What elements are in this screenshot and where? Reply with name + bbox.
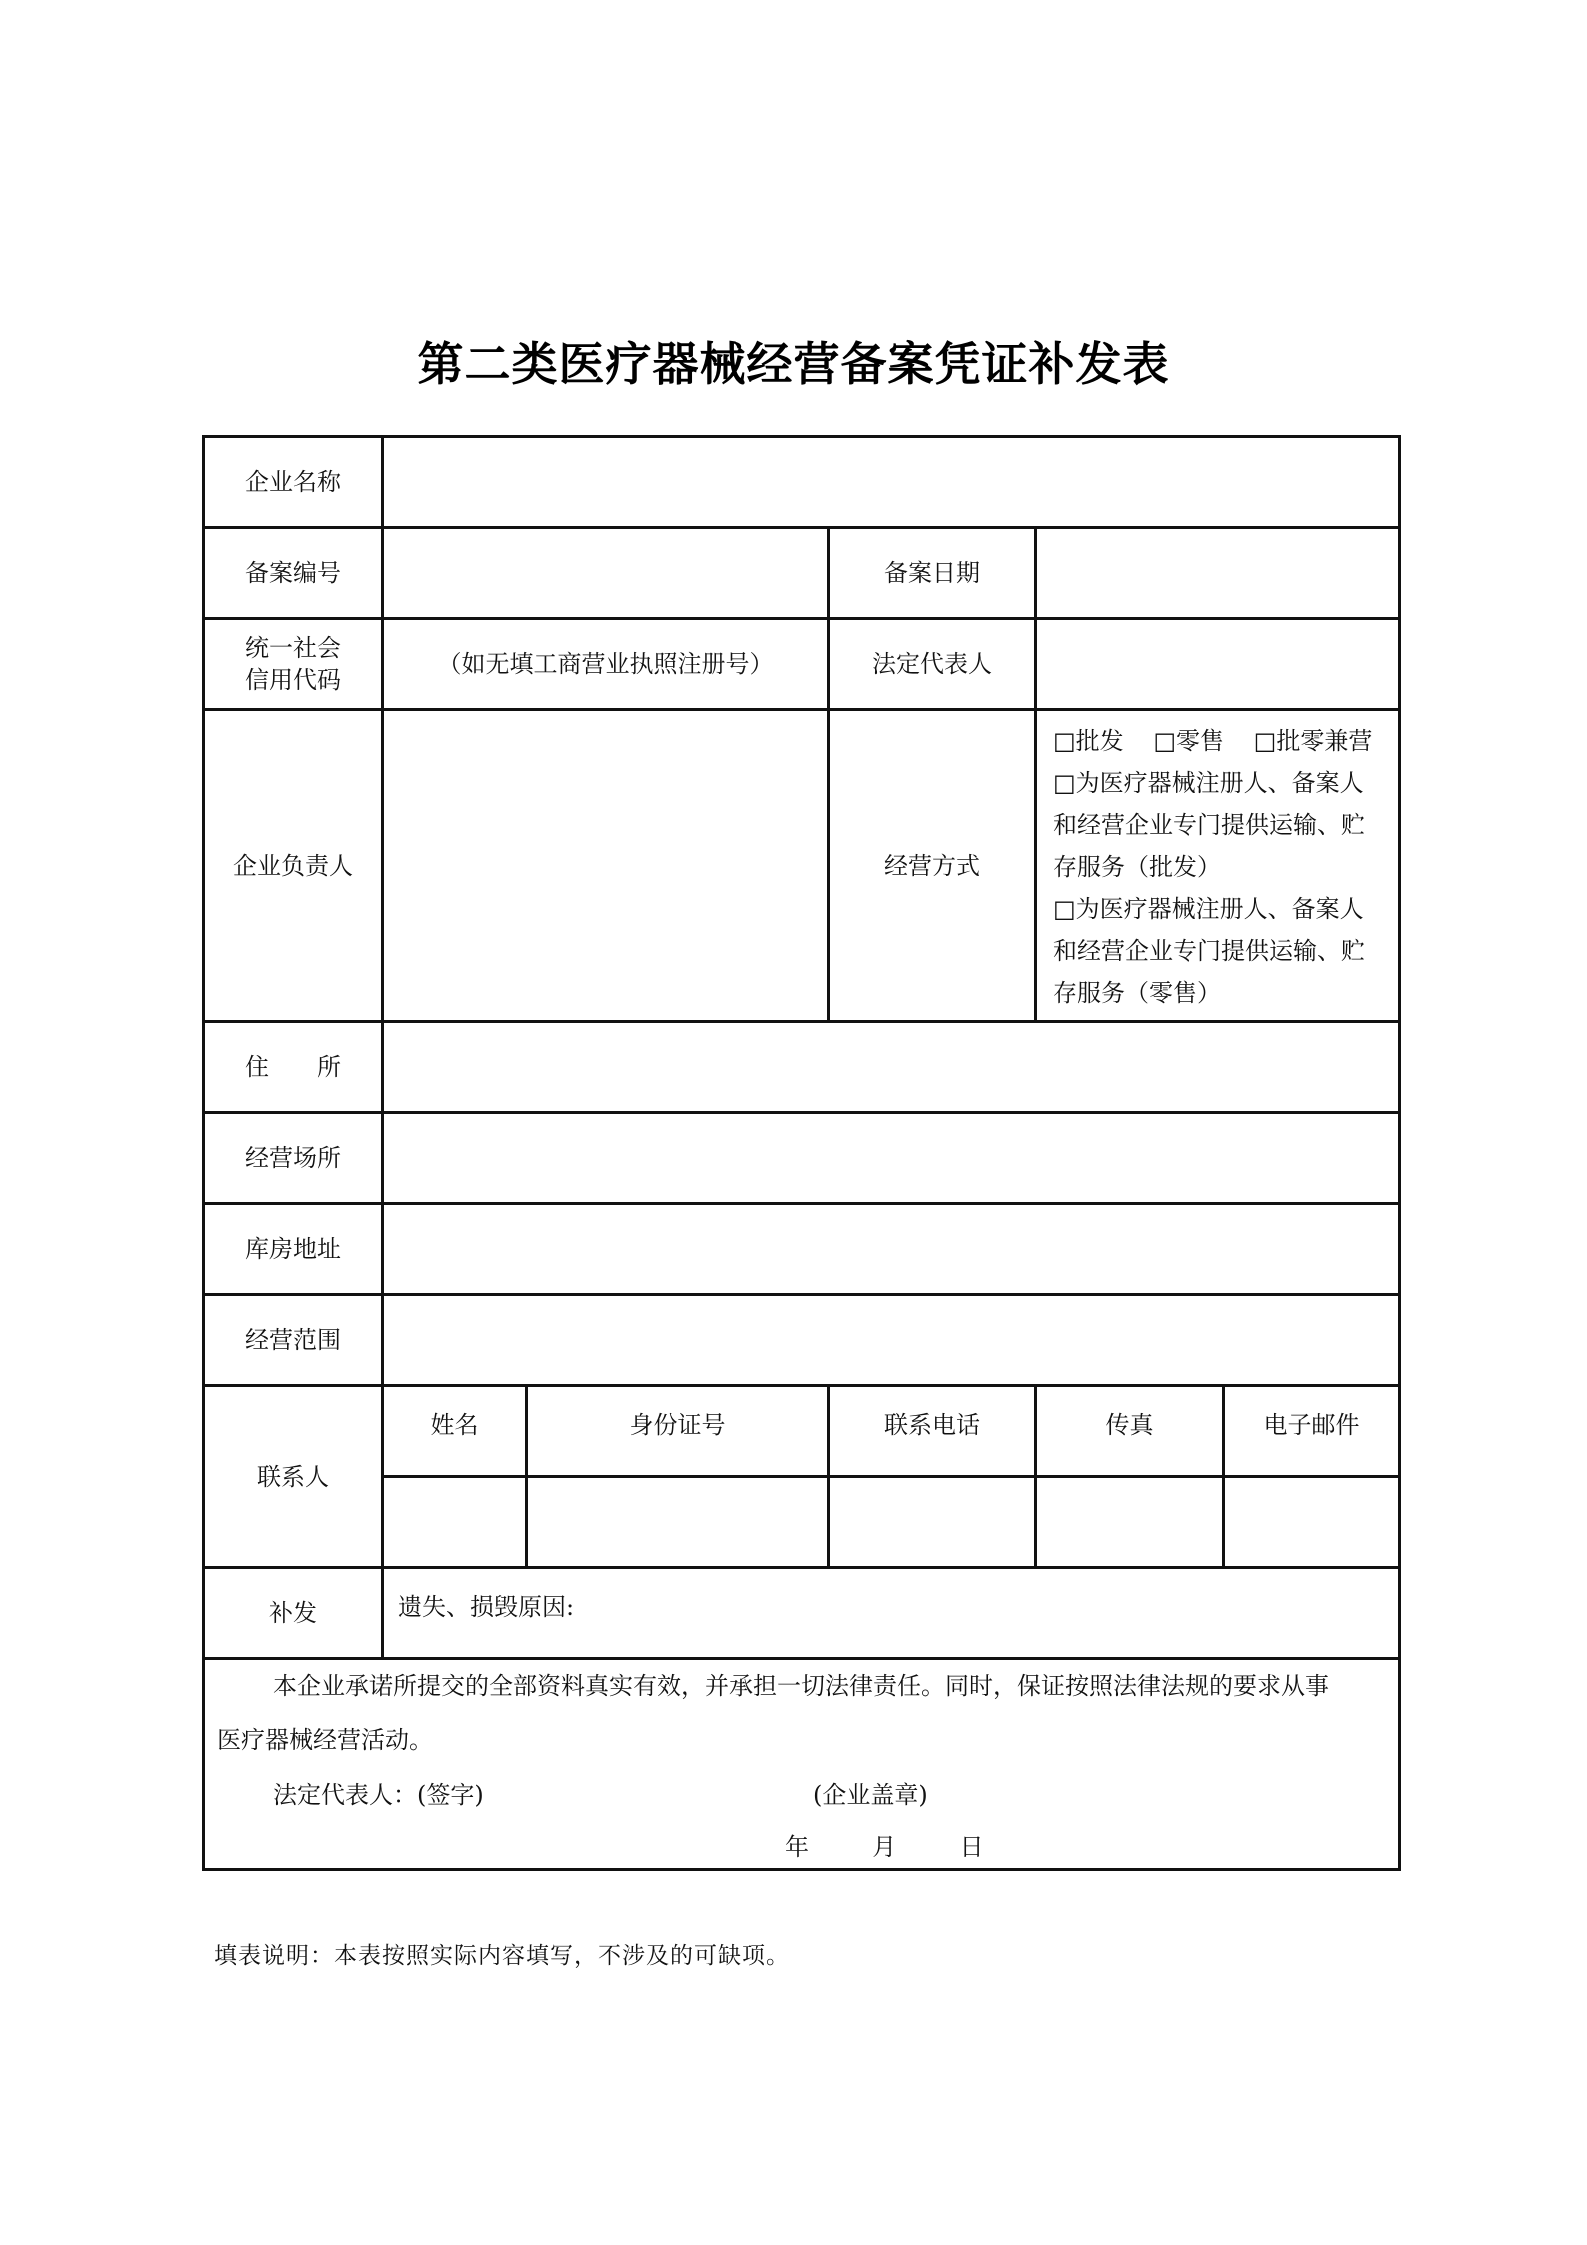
legal-rep-field[interactable]	[1037, 620, 1398, 708]
label-warehouse-address: 库房地址	[205, 1205, 381, 1293]
label-contact: 联系人	[205, 1387, 381, 1566]
contact-id-field[interactable]	[528, 1478, 827, 1566]
filing-date-field[interactable]	[1037, 529, 1398, 617]
checkbox-service-retail[interactable]: □为医疗器械注册人、备案人 和经营企业专门提供运输、贮 存服务（零售）	[1053, 888, 1398, 1014]
contact-fax-field[interactable]	[1037, 1478, 1222, 1566]
signature-label[interactable]: 法定代表人：(签字)	[273, 1779, 673, 1811]
contact-email-field[interactable]	[1225, 1478, 1398, 1566]
row-divider	[205, 1657, 1398, 1660]
reissue-form-table: 企业名称 备案编号 备案日期 统一社会 信用代码 （如无填工商营业执照注册号） …	[202, 435, 1401, 1871]
reissue-reason-field[interactable]: 遗失、损毁原因:	[384, 1569, 1398, 1657]
page-title: 第二类医疗器械经营备案凭证补发表	[0, 328, 1587, 394]
year-label: 年	[785, 1833, 809, 1861]
label-enterprise-name: 企业名称	[205, 438, 381, 526]
contact-header-phone: 联系电话	[830, 1387, 1034, 1475]
credit-code-label-line1: 统一社会	[245, 632, 341, 664]
contact-phone-field[interactable]	[830, 1478, 1034, 1566]
business-scope-field[interactable]	[384, 1296, 1398, 1384]
date-line[interactable]: 年 月 日	[785, 1831, 1085, 1863]
label-responsible-person: 企业负责人	[205, 711, 381, 1020]
form-note: 填表说明：本表按照实际内容填写，不涉及的可缺项。	[214, 1937, 790, 1970]
checkbox-service-wholesale[interactable]: □为医疗器械注册人、备案人 和经营企业专门提供运输、贮 存服务（批发）	[1053, 762, 1398, 888]
label-filing-date: 备案日期	[830, 529, 1034, 617]
label-residence: 住 所	[205, 1023, 381, 1111]
contact-header-email: 电子邮件	[1225, 1387, 1398, 1475]
contact-header-name: 姓名	[384, 1387, 525, 1475]
checkbox-wholesale-retail[interactable]: □批零兼营	[1254, 727, 1373, 755]
label-business-mode: 经营方式	[830, 711, 1034, 1020]
pledge-line2: 医疗器械经营活动。	[217, 1724, 1397, 1756]
day-label: 日	[960, 1833, 984, 1861]
warehouse-address-field[interactable]	[384, 1205, 1398, 1293]
filing-number-field[interactable]	[384, 529, 827, 617]
label-business-scope: 经营范围	[205, 1296, 381, 1384]
credit-code-label-line2: 信用代码	[245, 664, 341, 696]
checkbox-wholesale[interactable]: □批发	[1053, 727, 1124, 755]
contact-header-fax: 传真	[1037, 1387, 1222, 1475]
enterprise-name-field[interactable]	[384, 438, 1398, 526]
label-filing-number: 备案编号	[205, 529, 381, 617]
label-business-premises: 经营场所	[205, 1114, 381, 1202]
residence-field[interactable]	[384, 1023, 1398, 1111]
responsible-person-field[interactable]	[384, 711, 827, 1020]
business-mode-options: □批发 □零售 □批零兼营 □为医疗器械注册人、备案人 和经营企业专门提供运输、…	[1053, 720, 1398, 1014]
label-credit-code: 统一社会 信用代码	[205, 620, 381, 708]
label-legal-rep: 法定代表人	[830, 620, 1034, 708]
checkbox-retail[interactable]: □零售	[1153, 727, 1224, 755]
business-premises-field[interactable]	[384, 1114, 1398, 1202]
reissue-reason-label: 遗失、损毁原因:	[398, 1591, 574, 1623]
credit-code-field[interactable]: （如无填工商营业执照注册号）	[384, 620, 827, 708]
month-label: 月	[872, 1833, 896, 1861]
label-reissue: 补发	[205, 1569, 381, 1657]
seal-label[interactable]: (企业盖章)	[813, 1779, 1113, 1811]
contact-name-field[interactable]	[384, 1478, 525, 1566]
pledge-line1: 本企业承诺所提交的全部资料真实有效，并承担一切法律责任。同时，保证按照法律法规的…	[217, 1670, 1397, 1702]
contact-header-id: 身份证号	[528, 1387, 827, 1475]
